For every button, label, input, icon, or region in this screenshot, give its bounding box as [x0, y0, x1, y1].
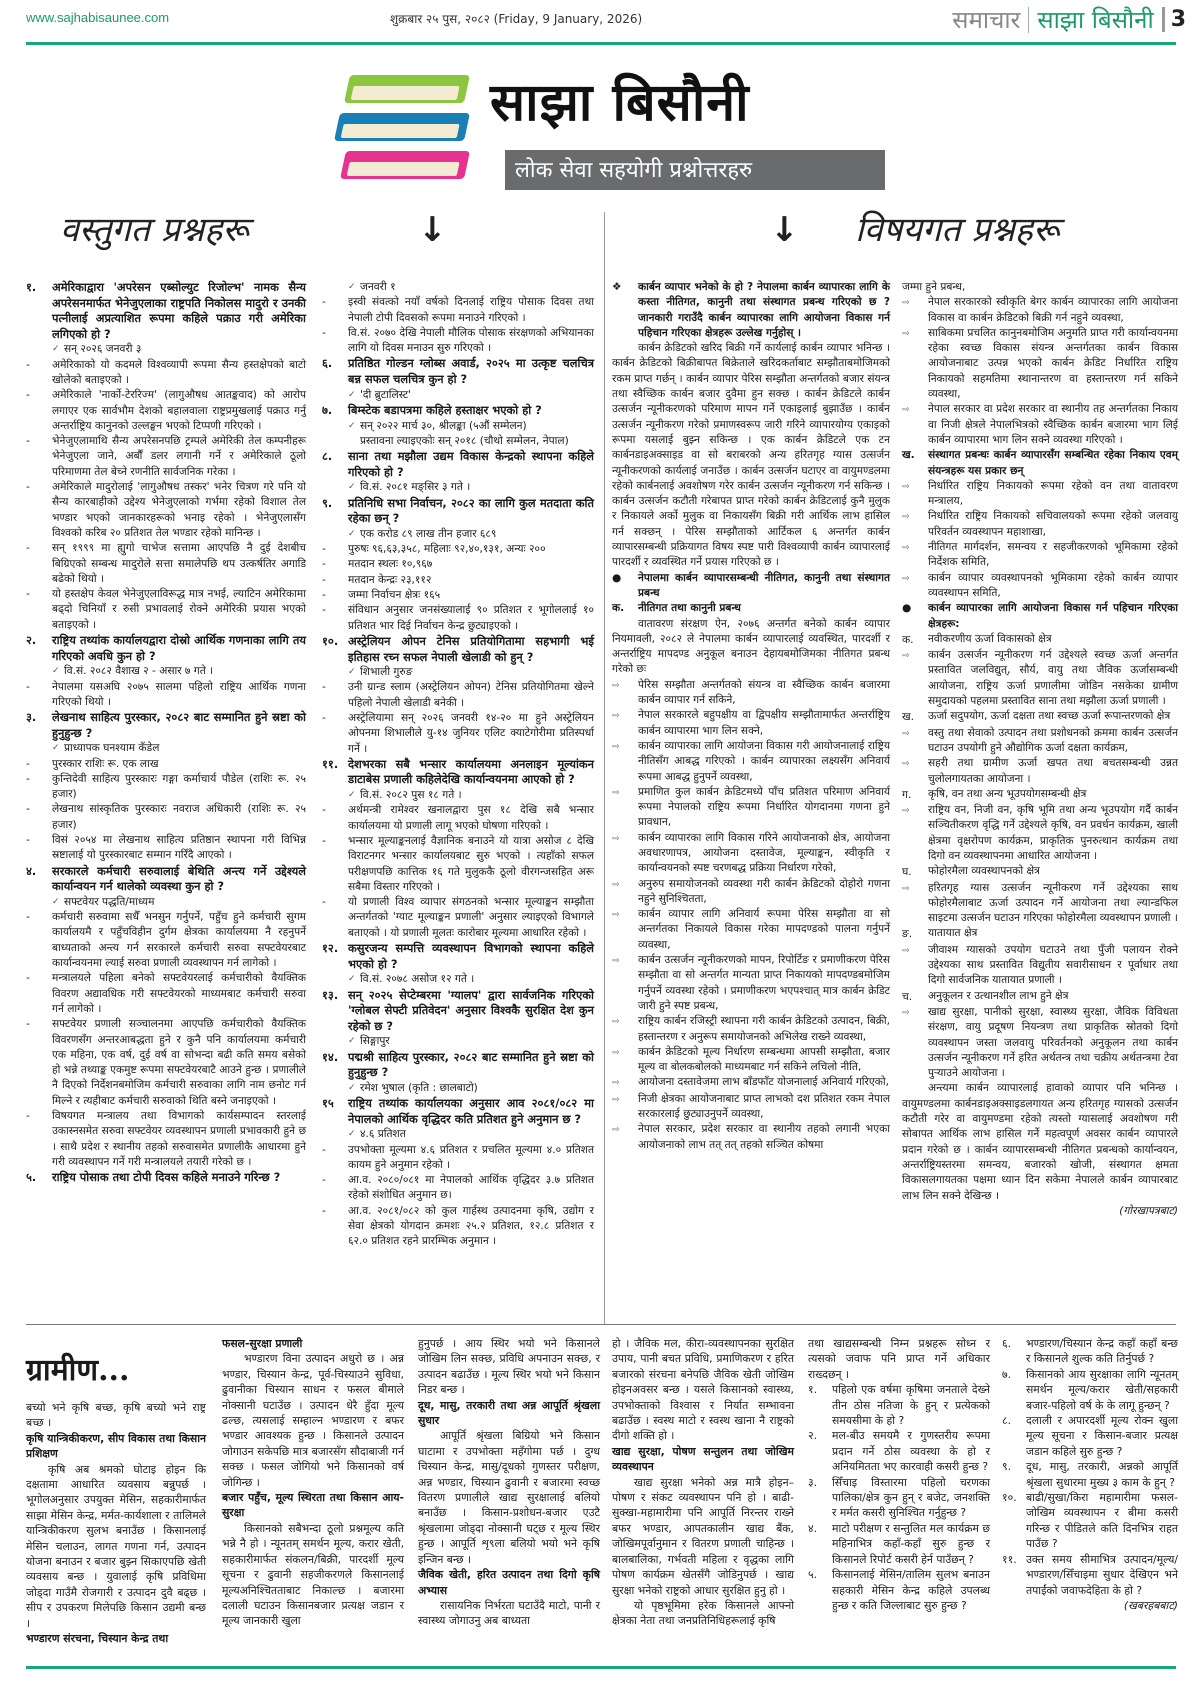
bullet-text: भन्सार मूल्याङ्कनलाई वैज्ञानिक बनाउने यो… — [348, 834, 594, 895]
bullet-item: -पुरुषः ९६,६३,३५८, महिलाः ९२,४०,१३१, अन्… — [322, 542, 594, 557]
question-number: ८. — [1002, 1413, 1026, 1459]
arrow-bullet-item: ⇨राष्ट्रिय वन, निजी वन, कृषि भूमि तथा अन… — [902, 803, 1178, 864]
sub-heading: बजार पहुँच, मूल्य स्थिरता तथा किसान आय-स… — [222, 1490, 404, 1521]
question-text: किसानको आय सुरक्षाका लागि न्यूनतम् समर्थ… — [1026, 1367, 1178, 1413]
bullet-item: -अर्थमन्त्री रामेश्वर खनालद्वारा पुस १८ … — [322, 803, 594, 834]
answer: वि.सं. २०८१ मङ्सिर ३ गते । — [322, 480, 594, 495]
question-text: लेखनाथ साहित्य पुरस्कार, २०८२ बाट सम्मान… — [52, 710, 306, 741]
bullet-text: अस्ट्रेलियामा सन् २०२६ जनवरी १४-२० मा हु… — [348, 711, 594, 757]
question-number: ६. — [322, 356, 348, 387]
arrow-right-icon: ⇨ — [612, 1045, 638, 1076]
article-heading: ग्रामीण... — [26, 1348, 129, 1389]
sub-heading: ●नेपालमा कार्बन व्यापारसम्बन्धी नीतिगत, … — [612, 571, 890, 602]
arrow-bullet-item: ⇨कार्बन व्यापार व्यवस्थापनको भूमिकामा रह… — [902, 571, 1178, 602]
question-text: पद्मश्री साहित्य पुरस्कार, २०८२ बाट सम्म… — [348, 1050, 594, 1081]
bullet-text: भेनेजुएलामाथि सैन्य अपरेसनपछि ट्रम्पले अ… — [52, 434, 306, 480]
question-text: पहिलो एक वर्षमा कृषिमा जनताले देख्ने तीन… — [832, 1382, 990, 1428]
paragraph-continued: हुनुपर्छ । आय स्थिर भयो भने किसानले जोखि… — [418, 1336, 600, 1398]
sub-heading: ●कार्बन व्यापारका लागि आयोजना विकास गर्न… — [902, 601, 1178, 632]
bullet-text: अमेरिकाको यो कदमले विश्वव्यापी रूपमा सैन… — [52, 358, 306, 389]
section-brand: समाचार साझा बिसौनी 3 — [952, 3, 1186, 36]
bullet-text: सन् १९९९ मा ह्युगो चाभेज सत्तामा आएपछि न… — [52, 541, 306, 587]
heading-text: नीतिगत तथा कानुनी प्रबन्ध — [638, 601, 741, 616]
question-text: अमेरिकाद्वारा 'अपरेसन एब्सोल्युट रिजोल्भ… — [52, 280, 306, 342]
bullet-text: जीवाश्म ग्यासको उपयोग घटाउने तथा पुँजी प… — [928, 943, 1178, 989]
marker-icon: ग. — [902, 787, 928, 803]
heading-text: कार्बन व्यापार भनेको के हो ? नेपालमा कार… — [638, 280, 890, 341]
question: ११.देशभरका सबै भन्सार कार्यालयमा अनलाइन … — [322, 757, 594, 788]
masthead-subtitle: लोक सेवा सहयोगी प्रश्नोत्तरहरु — [505, 150, 885, 190]
question-number: १०. — [322, 634, 348, 665]
paragraph-continued: तथा खाद्यसम्बन्धी निम्न प्रश्नहरू सोध्न … — [808, 1336, 990, 1382]
header-rule — [26, 42, 1176, 45]
question-number: ५. — [26, 1170, 52, 1186]
dash-bullet-icon: - — [322, 326, 348, 357]
question-text: राष्ट्रिय पोसाक तथा टोपी दिवस कहिले मनाउ… — [52, 1170, 280, 1186]
bullet-item: -सन् १९९९ मा ह्युगो चाभेज सत्तामा आएपछि … — [26, 541, 306, 587]
heading-text: फोहोरमैला व्यवस्थापनको क्षेत्र — [928, 864, 1040, 880]
arrow-right-icon: ⇨ — [902, 571, 928, 602]
arrow-bullet-item: ⇨कार्बन व्यापार लागि अनिवार्य रूपमा पेरि… — [612, 907, 890, 953]
arrow-bullet-item: ⇨राष्ट्रिय कार्बन रजिस्ट्री स्थापना गरी … — [612, 1014, 890, 1045]
question: १०.अस्ट्रेलियन ओपन टेनिस प्रतियोगितामा स… — [322, 634, 594, 665]
question-text: मल-बीउ समयमै र गुणस्तरीय रूपमा प्रदान गर… — [832, 1428, 990, 1474]
arrow-bullet-item: ⇨निजी क्षेत्रका आयोजनाबाट प्राप्त लाभको … — [612, 1092, 890, 1123]
bullet-item: -अमेरिकाको यो कदमले विश्वव्यापी रूपमा सै… — [26, 358, 306, 389]
bullet-item: -अस्ट्रेलियामा सन् २०२६ जनवरी १४-२० मा ह… — [322, 711, 594, 757]
answer: प्राध्यापक घनश्याम कँडेल — [26, 741, 306, 756]
bullet-text: कर्मचारी सरुवामा सधैँ भनसुन गर्नुपर्ने, … — [52, 910, 306, 971]
bullet-text: निर्धारित राष्ट्रिय निकायको रूपमा रहेको … — [928, 479, 1178, 510]
arrow-bullet-item: ⇨कार्बन उत्सर्जन न्यूनीकरणको मापन, रिपोर… — [612, 953, 890, 1014]
bullet-text: इस्वी संवत्को नयाँ वर्षको दिनलाई राष्ट्र… — [348, 295, 594, 326]
article-column-6: ६.भण्डारण/चिस्यान केन्द्र कहाँ कहाँ बन्छ… — [1002, 1336, 1178, 1613]
question: ७.बिम्स्टेक बडापत्रमा कहिले हस्ताक्षर भए… — [322, 403, 594, 419]
question-number: ४. — [26, 864, 52, 895]
section-divider — [26, 1324, 1176, 1325]
arrow-right-icon: ⇨ — [902, 295, 928, 326]
subjective-column-1: ❖कार्बन व्यापार भनेको के हो ? नेपालमा का… — [612, 280, 890, 1153]
sub-heading: जैविक खेती, हरित उत्पादन तथा दिगो कृषि अ… — [418, 1567, 600, 1598]
bullet-text: उनी ग्रान्ड स्लाम (अस्ट्रेलियन ओपन) टेनि… — [348, 680, 594, 711]
sub-heading: ❖कार्बन व्यापार भनेको के हो ? नेपालमा का… — [612, 280, 890, 341]
subjective-column-2: जम्मा हुने प्रबन्ध,⇨नेपाल सरकारको स्वीकृ… — [902, 280, 1178, 1219]
arrow-right-icon: ⇨ — [612, 1092, 638, 1123]
question-text: उक्त समय सीमाभित्र उत्पादन/मूल्य/भण्डारण… — [1026, 1552, 1178, 1598]
question-number: ९. — [1002, 1459, 1026, 1490]
bullet-item: -उपभोक्ता मूल्यमा ४.६ प्रतिशत र प्रचलित … — [322, 1143, 594, 1174]
question-text: प्रतिनिधि सभा निर्वाचन, २०८२ का लागि कुल… — [348, 496, 594, 527]
question-item: ६.भण्डारण/चिस्यान केन्द्र कहाँ कहाँ बन्छ… — [1002, 1336, 1178, 1367]
question-text: दलाली र अपारदर्शी मूल्य रोक्न खुला मूल्य… — [1026, 1413, 1178, 1459]
dash-bullet-icon: - — [322, 680, 348, 711]
heading-text: नेपालमा कार्बन व्यापारसम्बन्धी नीतिगत, क… — [638, 571, 890, 602]
bullet-text: आयोजना दस्तावेजमा लाभ बाँडफाँट योजनालाई … — [638, 1075, 889, 1091]
arrow-bullet-item: ⇨खाद्य सुरक्षा, पानीको सुरक्षा, स्वास्थ्… — [902, 1005, 1178, 1081]
arrow-right-icon: ⇨ — [612, 877, 638, 908]
dash-bullet-icon: - — [26, 680, 52, 711]
question-text: दूध, मासु, तरकारी, अन्नको आपूर्ति श्रृंख… — [1026, 1459, 1178, 1490]
dash-bullet-icon: - — [322, 542, 348, 557]
bullet-text: निजी क्षेत्रका आयोजनाबाट प्राप्त लाभको द… — [638, 1092, 890, 1123]
marker-icon: घ. — [902, 864, 928, 880]
subjective-heading: विषयगत प्रश्नहरू — [855, 205, 1059, 251]
dash-bullet-icon: - — [322, 834, 348, 895]
question-number: १०. — [1002, 1490, 1026, 1552]
arrow-right-icon: ⇨ — [612, 1122, 638, 1153]
bullet-text: मतदान केन्द्रः २३,११२ — [348, 573, 431, 588]
heading-text: अनुकूलन र उत्थानशील लाभ हुने क्षेत्र — [928, 989, 1068, 1005]
dash-bullet-icon: - — [26, 833, 52, 864]
arrow-right-icon: ⇨ — [612, 953, 638, 1014]
bullet-item: -पुरस्कार राशिः रू. एक लाख — [26, 757, 306, 772]
arrow-bullet-item: ⇨पेरिस सम्झौता अन्तर्गतको संयन्त्र वा स्… — [612, 678, 890, 709]
dash-bullet-icon: - — [322, 557, 348, 572]
arrow-right-icon: ⇨ — [902, 881, 928, 927]
answer: सफ्टवेयर पद्धति/माध्यम — [26, 895, 306, 910]
arrow-bullet-item: ⇨कार्बन व्यापारका लागि आयोजना विकास गरी … — [612, 739, 890, 785]
bullet-text: कार्बन व्यापारका लागि आयोजना विकास गरी आ… — [638, 739, 890, 785]
bullet-text: नेपाल सरकार वा प्रदेश सरकार वा स्थानीय त… — [928, 402, 1178, 448]
question-number: १५ — [322, 1096, 348, 1127]
arrow-bullet-item: ⇨नेपाल सरकारले बहुपक्षीय वा द्विपक्षीय स… — [612, 708, 890, 739]
bullet-text: प्रमाणित कुल कार्बन क्रेडिटमध्ये पाँच प्… — [638, 785, 890, 831]
bullet-text: कार्बन उत्सर्जन न्यूनीकरण गर्न उद्देश्यल… — [928, 648, 1178, 709]
paragraph: खाद्य सुरक्षा भनेको अन्न मात्रै होइन– पो… — [612, 1475, 794, 1598]
list-label: ङ.यातायात क्षेत्र — [902, 926, 1178, 942]
heading-text: नवीकरणीय ऊर्जा विकासको क्षेत्र — [928, 632, 1052, 648]
question-number: २. — [808, 1428, 832, 1474]
marker-icon: ❖ — [612, 280, 638, 341]
marker-icon: क. — [612, 601, 638, 616]
question-number: ४. — [808, 1521, 832, 1567]
footer-rule — [26, 1666, 1176, 1669]
page-header: www.sajhabisaunee.com शुक्रबार २५ पुस, २… — [0, 0, 1200, 42]
paragraph: आपूर्ति श्रृंखला बिग्रियो भने किसान घाटा… — [418, 1428, 600, 1567]
question: ३.लेखनाथ साहित्य पुरस्कार, २०८२ बाट सम्म… — [26, 710, 306, 741]
divider — [1028, 7, 1029, 33]
arrow-bullet-item: ⇨जीवाश्म ग्यासको उपयोग घटाउने तथा पुँजी … — [902, 943, 1178, 989]
arrow-bullet-item: ⇨नेपाल सरकार वा प्रदेश सरकार वा स्थानीय … — [902, 402, 1178, 448]
sub-heading: दूध, मासु, तरकारी तथा अन्न आपूर्ति श्रृं… — [418, 1398, 600, 1429]
arrow-bullet-item: ⇨कार्बन व्यापारका लागि विकास गरिने आयोजन… — [612, 831, 890, 877]
arrow-right-icon: ⇨ — [612, 708, 638, 739]
arrow-down-icon: ↓ — [770, 210, 799, 250]
arrow-down-icon: ↓ — [418, 210, 447, 250]
sub-heading: भण्डारण संरचना, चिस्यान केन्द्र तथा — [26, 1631, 206, 1646]
arrow-right-icon: ⇨ — [612, 831, 638, 877]
bullet-item: -विषयगत मन्त्रालय तथा विभागको कार्यसम्पा… — [26, 1109, 306, 1170]
arrow-bullet-item: ⇨निर्धारित राष्ट्रिय निकायको सचिवालयको र… — [902, 509, 1178, 540]
question-number: ३. — [808, 1475, 832, 1521]
bullet-text: पेरिस सम्झौता अन्तर्गतको संयन्त्र वा स्व… — [638, 678, 890, 709]
question-text: साना तथा मझौला उद्यम विकास केन्द्रको स्थ… — [348, 449, 594, 480]
note: प्रस्तावना ल्याइएकोः सन् २०१८ (चौथो सम्म… — [322, 434, 594, 449]
arrow-bullet-item: ⇨नेपाल सरकारको स्वीकृति बेगर कार्बन व्या… — [902, 295, 1178, 326]
dash-bullet-icon: - — [26, 1017, 52, 1109]
arrow-bullet-item: ⇨अनुरुप समायोजनको व्यवस्था गरी कार्बन क्… — [612, 877, 890, 908]
question-number: १. — [808, 1382, 832, 1428]
bullet-text: यो हस्तक्षेप केवल भेनेजुएलाविरूद्ध मात्र… — [52, 587, 306, 633]
question-number: ५. — [808, 1567, 832, 1613]
bullet-text: सहरी तथा ग्रामीण ऊर्जा खपत तथा बचतसम्बन्… — [928, 756, 1178, 787]
question-text: अस्ट्रेलियन ओपन टेनिस प्रतियोगितामा सहभा… — [348, 634, 594, 665]
arrow-right-icon: ⇨ — [612, 739, 638, 785]
dash-bullet-icon: - — [26, 388, 52, 434]
marker-icon: ● — [612, 571, 638, 602]
marker-icon: क. — [902, 632, 928, 648]
answer: 'दी ब्रुटालिस्ट' — [322, 388, 594, 403]
bullet-text: कार्बन उत्सर्जन न्यूनीकरणको मापन, रिपोर्… — [638, 953, 890, 1014]
dash-bullet-icon: - — [26, 587, 52, 633]
arrow-right-icon: ⇨ — [902, 943, 928, 989]
question: ९.प्रतिनिधि सभा निर्वाचन, २०८२ का लागि क… — [322, 496, 594, 527]
dash-bullet-icon: - — [26, 757, 52, 772]
question: ५.राष्ट्रिय पोसाक तथा टोपी दिवस कहिले मन… — [26, 1170, 306, 1186]
paragraph-continued: बच्यो भने कृषि बच्छ, कृषि बच्यो भने राष्… — [26, 1400, 206, 1431]
question-text: प्रतिष्ठित गोल्डन ग्लोब्स अवार्ड, २०२५ म… — [348, 356, 594, 387]
bullet-text: विषयगत मन्त्रालय तथा विभागको कार्यसम्पाद… — [52, 1109, 306, 1170]
answer: ४.६ प्रतिशत — [322, 1127, 594, 1142]
arrow-bullet-item: ⇨कार्बन उत्सर्जन न्यूनीकरण गर्न उद्देश्य… — [902, 648, 1178, 709]
bullet-item: -सफ्टवेयर प्रणाली सञ्चालनमा आएपछि कर्मचा… — [26, 1017, 306, 1109]
dash-bullet-icon: - — [26, 434, 52, 480]
dash-bullet-icon: - — [26, 480, 52, 541]
arrow-right-icon: ⇨ — [612, 1014, 638, 1045]
answer: सिङ्गापुर — [322, 1034, 594, 1049]
dash-bullet-icon: - — [322, 895, 348, 941]
bullet-text: नेपाल सरकार, प्रदेश सरकार वा स्थानीय तहक… — [638, 1122, 890, 1153]
article-column-5: तथा खाद्यसम्बन्धी निम्न प्रश्नहरू सोध्न … — [808, 1336, 990, 1613]
bullet-item: -जम्मा निर्वाचन क्षेत्रः १६५ — [322, 588, 594, 603]
dash-bullet-icon: - — [322, 603, 348, 634]
objective-column-1: १.अमेरिकाद्वारा 'अपरेसन एब्सोल्युट रिजोल… — [26, 280, 306, 1186]
question-text: भण्डारण/चिस्यान केन्द्र कहाँ कहाँ बन्छ र… — [1026, 1336, 1178, 1367]
question-number: ७. — [322, 403, 348, 419]
bullet-text: नेपालमा यसअघि २०७५ सालमा पहिलो राष्ट्रिय… — [52, 680, 306, 711]
bullet-item: -मतदान केन्द्रः २३,११२ — [322, 573, 594, 588]
bullet-text: हरितगृह ग्यास उत्सर्जन न्यूनीकरण गर्ने उ… — [928, 881, 1178, 927]
dash-bullet-icon: - — [26, 910, 52, 971]
dash-bullet-icon: - — [322, 295, 348, 326]
article-column-2: फसल-सुरक्षा प्रणालीभण्डारण विना उत्पादन … — [222, 1336, 404, 1629]
sub-heading: ख.संस्थागत प्रबन्धः कार्बन व्यापारसँग सम… — [902, 448, 1178, 479]
article-column-1: बच्यो भने कृषि बच्छ, कृषि बच्यो भने राष्… — [26, 1400, 206, 1647]
bullet-text: खाद्य सुरक्षा, पानीको सुरक्षा, स्वास्थ्य… — [928, 1005, 1178, 1081]
bullet-item: -नेपालमा यसअघि २०७५ सालमा पहिलो राष्ट्रि… — [26, 680, 306, 711]
paragraph: कृषि अब श्रमको घोटाइ होइन कि दक्षतामा आध… — [26, 1462, 206, 1631]
brand-name: साझा बिसौनी — [1037, 3, 1153, 36]
bullet-text: मतदान स्थलः १०,९६७ — [348, 557, 432, 572]
bullet-item: -आ.व. २०८०/०८१ मा नेपालको आर्थिक वृद्धिद… — [322, 1173, 594, 1204]
dash-bullet-icon: - — [322, 573, 348, 588]
bullet-text: अर्थमन्त्री रामेश्वर खनालद्वारा पुस १८ द… — [348, 803, 594, 834]
bullet-text: कार्बन व्यापार लागि अनिवार्य रूपमा पेरिस… — [638, 907, 890, 953]
bullet-item: -आ.व. २०८१/०८२ को कुल गार्हस्थ उत्पादनमा… — [322, 1204, 594, 1250]
article-column-4: हो । जैविक मल, कीरा-व्यवस्थापनका सुरक्षि… — [612, 1336, 794, 1629]
arrow-right-icon: ⇨ — [902, 479, 928, 510]
answer: वि.सं. २०८२ वैशाख २ - असार ७ गते । — [26, 664, 306, 679]
dash-bullet-icon: - — [322, 803, 348, 834]
bullet-text: यो प्रणाली विश्व व्यापार संगठनको भन्सार … — [348, 895, 594, 941]
bullet-item: -भन्सार मूल्याङ्कनलाई वैज्ञानिक बनाउने य… — [322, 834, 594, 895]
list-label: च.अनुकूलन र उत्थानशील लाभ हुने क्षेत्र — [902, 989, 1178, 1005]
column-divider — [604, 212, 605, 1324]
answer: वि.सं. २०८२ पुस १८ गते । — [322, 788, 594, 803]
masthead-title: साझा बिसौनी — [490, 65, 750, 136]
question-item: २.मल-बीउ समयमै र गुणस्तरीय रूपमा प्रदान … — [808, 1428, 990, 1474]
heading-text: संस्थागत प्रबन्धः कार्बन व्यापारसँग सम्ब… — [928, 448, 1178, 479]
paragraph: यो पृष्ठभूमिमा हरेक किसानले आफ्नो क्षेत्… — [612, 1598, 794, 1629]
arrow-right-icon: ⇨ — [902, 726, 928, 757]
question-item: ७.किसानको आय सुरक्षाका लागि न्यूनतम् समर… — [1002, 1367, 1178, 1413]
question-item: १०.बाढी/सुखा/किरा महामारीमा फसल-जोखिम व्… — [1002, 1490, 1178, 1552]
arrow-right-icon: ⇨ — [902, 803, 928, 864]
answer: रमेश भुषाल (कृति : छालबाटो) — [322, 1081, 594, 1096]
bullet-text: अमेरिकाले मादुरोलाई 'लागुऔषध तस्कर' भनेर… — [52, 480, 306, 541]
bullet-text: राष्ट्रिय वन, निजी वन, कृषि भूमि तथा अन्… — [928, 803, 1178, 864]
list-label: घ.फोहोरमैला व्यवस्थापनको क्षेत्र — [902, 864, 1178, 880]
question-text: बाढी/सुखा/किरा महामारीमा फसल-जोखिम व्यवस… — [1026, 1490, 1178, 1552]
answer: सन् २०२२ मार्च ३०, श्रीलङ्का (५औं सम्मेल… — [322, 419, 594, 434]
bullet-item: -लेखनाथ सांस्कृतिक पुरस्कारः नवराज अधिका… — [26, 802, 306, 833]
bullet-text: सफ्टवेयर प्रणाली सञ्चालनमा आएपछि कर्मचार… — [52, 1017, 306, 1109]
arrow-right-icon: ⇨ — [902, 756, 928, 787]
question-number: ११. — [322, 757, 348, 788]
question-item: ५.किसानलाई मेसिन/तालिम सुलभ बनाउन सहकारी… — [808, 1567, 990, 1613]
bullet-text: अमेरिकाले 'नार्को-टेररिज्म' (लागुऔषध आतङ… — [52, 388, 306, 434]
bullet-text: जम्मा निर्वाचन क्षेत्रः १६५ — [348, 588, 440, 603]
bullet-text: संविधान अनुसार जनसंख्यालाई ९० प्रतिशत र … — [348, 603, 594, 634]
bullet-text: वि.सं. २०७० देखि नेपाली मौलिक पोसाक संरक… — [348, 326, 594, 357]
paragraph: वातावरण संरक्षण ऐन, २०७६ अन्तर्गत बनेको … — [612, 617, 890, 678]
dash-bullet-icon: - — [26, 802, 52, 833]
question-text: राष्ट्रिय तथ्यांक कार्यालयका अनुसार आव २… — [348, 1096, 594, 1127]
arrow-right-icon: ⇨ — [612, 907, 638, 953]
bullet-item: -इस्वी संवत्को नयाँ वर्षको दिनलाई राष्ट्… — [322, 295, 594, 326]
bullet-text: साबिकमा प्रचलित कानुनबमोजिम अनुमति प्राप… — [928, 326, 1178, 402]
arrow-right-icon: ⇨ — [902, 648, 928, 709]
dash-bullet-icon: - — [322, 1173, 348, 1204]
paragraph-continued: जम्मा हुने प्रबन्ध, — [902, 280, 1178, 295]
question-item: ११.उक्त समय सीमाभित्र उत्पादन/मूल्य/भण्ड… — [1002, 1552, 1178, 1598]
source-credit: (खबरहबबाट) — [1002, 1598, 1178, 1613]
paragraph: भण्डारण विना उत्पादन अधुरो छ । अन्न भण्ड… — [222, 1351, 404, 1490]
bullet-text: कार्बन व्यापारका लागि विकास गरिने आयोजना… — [638, 831, 890, 877]
arrow-right-icon: ⇨ — [902, 326, 928, 402]
question: १३.सन् २०२५ सेप्टेम्बरमा 'ग्यालप' द्वारा… — [322, 988, 594, 1035]
question-number: ९. — [322, 496, 348, 527]
arrow-bullet-item: ⇨नीतिगत मार्गदर्शन, समन्वय र सहजीकरणको भ… — [902, 540, 1178, 571]
question-text: सिँचाइ विस्तारमा पहिलो चरणका पालिका/क्षे… — [832, 1475, 990, 1521]
arrow-bullet-item: ⇨हरितगृह ग्यास उत्सर्जन न्यूनीकरण गर्ने … — [902, 881, 1178, 927]
marker-icon: ● — [902, 601, 928, 632]
question-number: ११. — [1002, 1552, 1026, 1598]
sub-heading: कृषि यान्त्रिकीकरण, सीप विकास तथा किसान … — [26, 1431, 206, 1462]
question-text: किसानलाई मेसिन/तालिम सुलभ बनाउन सहकारी म… — [832, 1567, 990, 1613]
marker-icon: च. — [902, 989, 928, 1005]
dash-bullet-icon: - — [26, 971, 52, 1017]
question-number: १४. — [322, 1050, 348, 1081]
bullet-item: -अमेरिकाले मादुरोलाई 'लागुऔषध तस्कर' भने… — [26, 480, 306, 541]
bullet-text: मन्त्रालयले पहिला बनेको सफ्टवेयरलाई कर्म… — [52, 971, 306, 1017]
site-url[interactable]: www.sajhabisaunee.com — [26, 10, 169, 25]
question-number: ८. — [322, 449, 348, 480]
bullet-text: वस्तु तथा सेवाको उत्पादन तथा प्रशोधनको क… — [928, 726, 1178, 757]
question: १.अमेरिकाद्वारा 'अपरेसन एब्सोल्युट रिजोल… — [26, 280, 306, 342]
issue-date: शुक्रबार २५ पुस, २०८२ (Friday, 9 January… — [390, 10, 642, 27]
question: १४.पद्मश्री साहित्य पुरस्कार, २०८२ बाट स… — [322, 1050, 594, 1081]
bullet-text: नीतिगत मार्गदर्शन, समन्वय र सहजीकरणको भू… — [928, 540, 1178, 571]
bullet-item: -अमेरिकाले 'नार्को-टेररिज्म' (लागुऔषध आत… — [26, 388, 306, 434]
answer: एक करोड ८९ लाख तीन हजार ६८९ — [322, 527, 594, 542]
objective-column-2: जनवरी १-इस्वी संवत्को नयाँ वर्षको दिनलाई… — [322, 280, 594, 1250]
heading-text: कृषि, वन तथा अन्य भूउपयोगसम्बन्धी क्षेत्… — [928, 787, 1086, 803]
paragraph-continued: हो । जैविक मल, कीरा-व्यवस्थापनका सुरक्षि… — [612, 1336, 794, 1444]
dash-bullet-icon: - — [26, 1109, 52, 1170]
bullet-text: आ.व. २०८०/०८१ मा नेपालको आर्थिक वृद्धिदर… — [348, 1173, 594, 1204]
bullet-text: विसं २०५४ मा लेखनाथ साहित्य प्रतिष्ठान स… — [52, 833, 306, 864]
marker-icon: ख. — [902, 709, 928, 725]
bullet-text: नेपाल सरकारले बहुपक्षीय वा द्विपक्षीय सम… — [638, 708, 890, 739]
dash-bullet-icon: - — [26, 358, 52, 389]
arrow-bullet-item: ⇨निर्धारित राष्ट्रिय निकायको रूपमा रहेको… — [902, 479, 1178, 510]
question-text: कसुरजन्य सम्पत्ति व्यवस्थापन विभागको स्थ… — [348, 941, 594, 972]
bullet-item: -भेनेजुएलामाथि सैन्य अपरेसनपछि ट्रम्पले … — [26, 434, 306, 480]
arrow-right-icon: ⇨ — [902, 402, 928, 448]
bullet-text: उपभोक्ता मूल्यमा ४.६ प्रतिशत र प्रचलित म… — [348, 1143, 594, 1174]
question-number: १२. — [322, 941, 348, 972]
question-text: सन् २०२५ सेप्टेम्बरमा 'ग्यालप' द्वारा सा… — [348, 988, 594, 1035]
question: ८.साना तथा मझौला उद्यम विकास केन्द्रको स… — [322, 449, 594, 480]
bullet-item: -विसं २०५४ मा लेखनाथ साहित्य प्रतिष्ठान … — [26, 833, 306, 864]
bullet-item: -कुन्तिदेवी साहित्य पुरस्कारः गङ्गा कर्म… — [26, 772, 306, 803]
question: १२.कसुरजन्य सम्पत्ति व्यवस्थापन विभागको … — [322, 941, 594, 972]
bullet-item: -उनी ग्रान्ड स्लाम (अस्ट्रेलियन ओपन) टेन… — [322, 680, 594, 711]
question-text: राष्ट्रिय तथ्यांक कार्यालयद्वारा दोस्रो … — [52, 633, 306, 664]
bullet-text: कार्बन क्रेडिटको मूल्य निर्धारण सम्बन्धम… — [638, 1045, 890, 1076]
books-stack-icon — [325, 65, 485, 200]
arrow-bullet-item: ⇨प्रमाणित कुल कार्बन क्रेडिटमध्ये पाँच प… — [612, 785, 890, 831]
bullet-item: -यो प्रणाली विश्व व्यापार संगठनको भन्सार… — [322, 895, 594, 941]
question-item: ३.सिँचाइ विस्तारमा पहिलो चरणका पालिका/क्… — [808, 1475, 990, 1521]
paragraph: रासायनिक निर्भरता घटाउँदै माटो, पानी र स… — [418, 1598, 600, 1629]
question-number: ३. — [26, 710, 52, 741]
arrow-bullet-item: ⇨कार्बन क्रेडिटको मूल्य निर्धारण सम्बन्ध… — [612, 1045, 890, 1076]
arrow-right-icon: ⇨ — [612, 678, 638, 709]
sub-heading: फसल-सुरक्षा प्रणाली — [222, 1336, 404, 1351]
arrow-right-icon: ⇨ — [902, 1005, 928, 1081]
bullet-text: नेपाल सरकारको स्वीकृति बेगर कार्बन व्याप… — [928, 295, 1178, 326]
answer: शिभाली गुरुङ — [322, 665, 594, 680]
bullet-text: आ.व. २०८१/०८२ को कुल गार्हस्थ उत्पादनमा … — [348, 1204, 594, 1250]
dash-bullet-icon: - — [322, 1204, 348, 1250]
question-text: माटो परीक्षण र सन्तुलित मल कार्यक्रम छ म… — [832, 1521, 990, 1567]
heading-text: ऊर्जा सदुपयोग, ऊर्जा दक्षता तथा स्वच्छ ऊ… — [928, 709, 1170, 725]
marker-icon: ख. — [902, 448, 928, 479]
question: १५राष्ट्रिय तथ्यांक कार्यालयका अनुसार आव… — [322, 1096, 594, 1127]
answer: सन् २०२६ जनवरी ३ — [26, 342, 306, 357]
dash-bullet-icon: - — [26, 772, 52, 803]
bullet-item: -कर्मचारी सरुवामा सधैँ भनसुन गर्नुपर्ने,… — [26, 910, 306, 971]
dash-bullet-icon: - — [322, 1143, 348, 1174]
bullet-text: कुन्तिदेवी साहित्य पुरस्कारः गङ्गा कर्मा… — [52, 772, 306, 803]
arrow-right-icon: ⇨ — [612, 1075, 638, 1091]
arrow-bullet-item: ⇨साबिकमा प्रचलित कानुनबमोजिम अनुमति प्रा… — [902, 326, 1178, 402]
list-label: ग.कृषि, वन तथा अन्य भूउपयोगसम्बन्धी क्षे… — [902, 787, 1178, 803]
question: ६.प्रतिष्ठित गोल्डन ग्लोब्स अवार्ड, २०२५… — [322, 356, 594, 387]
dash-bullet-icon: - — [26, 541, 52, 587]
